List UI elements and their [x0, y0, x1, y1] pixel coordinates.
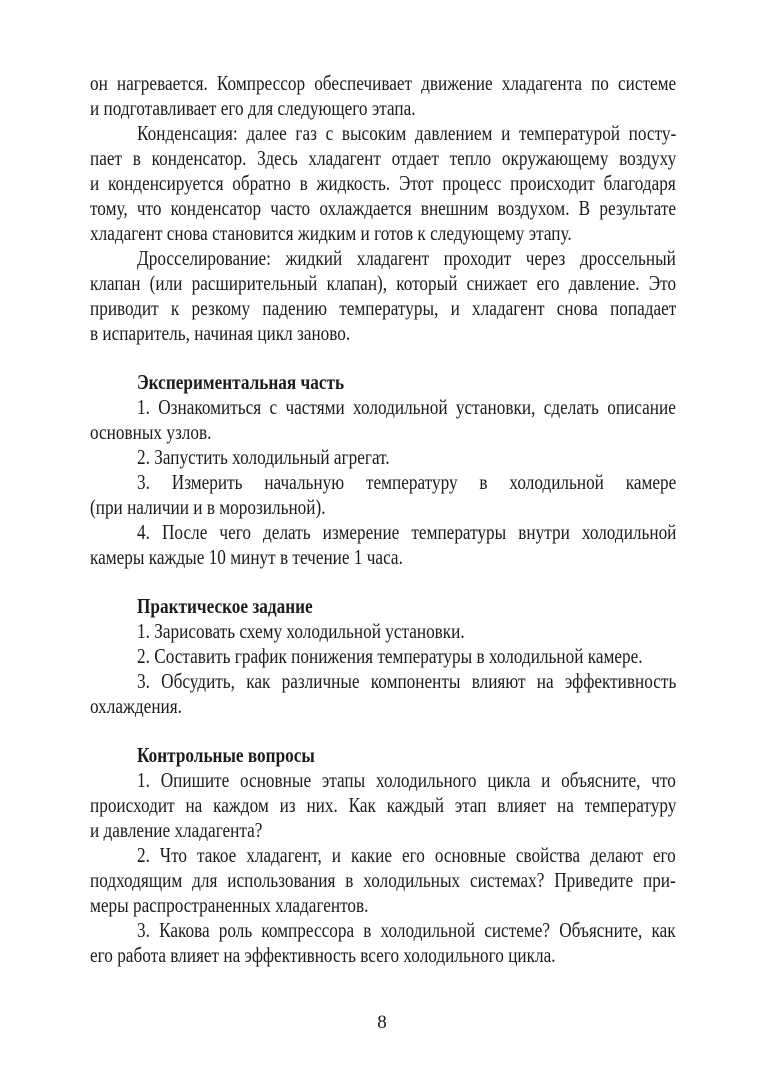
text-line: 1. Зарисовать схему холодильной установк… — [90, 619, 676, 644]
paragraph: 4. После чего делать измерение температу… — [90, 520, 676, 570]
text-line: 3. Измерить начальную температуру в холо… — [90, 470, 676, 495]
section-heading: Экспериментальная часть — [90, 370, 676, 395]
paragraph: 2. Запустить холодильный агрегат. — [90, 445, 676, 470]
text-line: и конденсируется обратно в жидкость. Это… — [90, 171, 676, 196]
paragraph: Дросселирование: жидкий хладагент проход… — [90, 246, 676, 346]
text-line-content: 4. После чего делать измерение температу… — [137, 520, 676, 545]
text-line: меры распространенных хладагентов. — [90, 893, 676, 918]
document-page: он нагревается. Компрессор обеспечивает … — [0, 0, 764, 1080]
paragraph: 3. Обсудить, как различные компоненты вл… — [90, 669, 676, 719]
text-line: 1. Опишите основные этапы холодильного ц… — [90, 768, 676, 793]
paragraph: Конденсация: далее газ с высоким давлени… — [90, 121, 676, 246]
text-line: 1. Ознакомиться с частями холодильной ус… — [90, 395, 676, 420]
text-line-content: основных узлов. — [90, 420, 211, 445]
text-line: в испаритель, начиная цикл заново. — [90, 321, 676, 346]
text-line: клапан (или расширительный клапан), кото… — [90, 271, 676, 296]
section-heading: Практическое задание — [90, 594, 676, 619]
text-line: хладагент снова становится жидким и гото… — [90, 221, 676, 246]
text-line-content: 1. Ознакомиться с частями холодильной ус… — [137, 395, 676, 420]
paragraph: 2. Составить график понижения температур… — [90, 644, 676, 669]
text-line-content: 2. Составить график понижения температур… — [137, 644, 643, 669]
text-line: и подготавливает его для следующего этап… — [90, 96, 676, 121]
text-line-content: происходит на каждом из них. Как каждый … — [90, 793, 676, 818]
paragraph: 1. Опишите основные этапы холодильного ц… — [90, 768, 676, 843]
text-line-content: он нагревается. Компрессор обеспечивает … — [90, 71, 676, 96]
text-line: приводит к резкому падению температуры, … — [90, 296, 676, 321]
text-line-content: в испаритель, начиная цикл заново. — [90, 321, 350, 346]
text-line-content: 1. Опишите основные этапы холодильного ц… — [137, 768, 676, 793]
text-line: (при наличии и в морозильной). — [90, 495, 676, 520]
text-line-content: и подготавливает его для следующего этап… — [90, 96, 416, 121]
text-line-content: меры распространенных хладагентов. — [90, 893, 368, 918]
text-line: 3. Обсудить, как различные компоненты вл… — [90, 669, 676, 694]
text-line-content: 1. Зарисовать схему холодильной установк… — [137, 619, 465, 644]
text-line-content: пает в конденсатор. Здесь хладагент отда… — [90, 146, 676, 171]
text-line: происходит на каждом из них. Как каждый … — [90, 793, 676, 818]
text-line-content: 3. Измерить начальную температуру в холо… — [137, 470, 676, 495]
text-line: Дросселирование: жидкий хладагент проход… — [90, 246, 676, 271]
text-line: 2. Что такое хладагент, и какие его осно… — [90, 843, 676, 868]
text-line-content: и давление хладагента? — [90, 818, 262, 843]
text-line-content: клапан (или расширительный клапан), кото… — [90, 271, 676, 296]
text-line: основных узлов. — [90, 420, 676, 445]
text-line: он нагревается. Компрессор обеспечивает … — [90, 71, 676, 96]
text-line: тому, что конденсатор часто охлаждается … — [90, 196, 676, 221]
text-line-content: Конденсация: далее газ с высоким давлени… — [137, 121, 676, 146]
text-line: 3. Какова роль компрессора в холодильной… — [90, 918, 676, 943]
text-line: 4. После чего делать измерение температу… — [90, 520, 676, 545]
paragraph: он нагревается. Компрессор обеспечивает … — [90, 71, 676, 121]
text-line-content: приводит к резкому падению температуры, … — [90, 296, 676, 321]
text-line-content: Контрольные вопросы — [137, 743, 315, 768]
page-number: 8 — [0, 1010, 764, 1035]
text-line-content: хладагент снова становится жидким и гото… — [90, 221, 572, 246]
text-line: Конденсация: далее газ с высоким давлени… — [90, 121, 676, 146]
paragraph: 3. Измерить начальную температуру в холо… — [90, 470, 676, 520]
text-line-content: (при наличии и в морозильной). — [90, 495, 326, 520]
text-line: Практическое задание — [90, 594, 676, 619]
text-line-content: охлаждения. — [90, 694, 182, 719]
text-line-content: его работа влияет на эффективность всего… — [90, 943, 556, 968]
text-line-content: Экспериментальная часть — [137, 370, 344, 395]
text-line: 2. Составить график понижения температур… — [90, 644, 676, 669]
text-line-content: подходящим для использования в холодильн… — [90, 868, 676, 893]
text-line-content: тому, что конденсатор часто охлаждается … — [90, 196, 676, 221]
paragraph: 2. Что такое хладагент, и какие его осно… — [90, 843, 676, 918]
text-line: охлаждения. — [90, 694, 676, 719]
text-line: Экспериментальная часть — [90, 370, 676, 395]
document-body: он нагревается. Компрессор обеспечивает … — [90, 71, 676, 968]
text-line-content: Практическое задание — [137, 594, 313, 619]
text-line-content: 3. Какова роль компрессора в холодильной… — [137, 918, 676, 943]
text-line-content: 3. Обсудить, как различные компоненты вл… — [137, 669, 676, 694]
paragraph: 1. Зарисовать схему холодильной установк… — [90, 619, 676, 644]
text-line: камеры каждые 10 минут в течение 1 часа. — [90, 545, 676, 570]
text-line: пает в конденсатор. Здесь хладагент отда… — [90, 146, 676, 171]
text-line-content: и конденсируется обратно в жидкость. Это… — [90, 171, 676, 196]
text-line-content: камеры каждые 10 минут в течение 1 часа. — [90, 545, 403, 570]
paragraph: 3. Какова роль компрессора в холодильной… — [90, 918, 676, 968]
paragraph: 1. Ознакомиться с частями холодильной ус… — [90, 395, 676, 445]
text-line-content: 2. Что такое хладагент, и какие его осно… — [137, 843, 676, 868]
text-line-content: Дросселирование: жидкий хладагент проход… — [137, 246, 676, 271]
text-line: и давление хладагента? — [90, 818, 676, 843]
text-line: подходящим для использования в холодильн… — [90, 868, 676, 893]
text-line: 2. Запустить холодильный агрегат. — [90, 445, 676, 470]
text-line-content: 2. Запустить холодильный агрегат. — [137, 445, 390, 470]
text-line: Контрольные вопросы — [90, 743, 676, 768]
text-line: его работа влияет на эффективность всего… — [90, 943, 676, 968]
section-heading: Контрольные вопросы — [90, 743, 676, 768]
